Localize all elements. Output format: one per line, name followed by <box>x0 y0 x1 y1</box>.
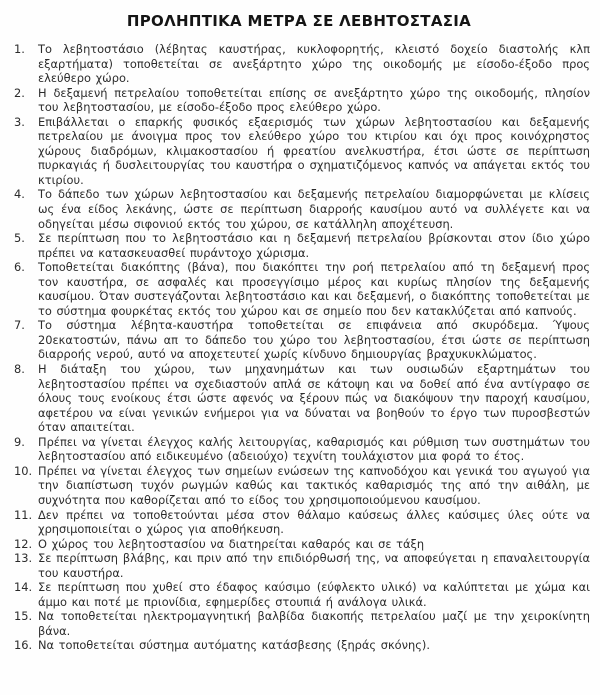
item-text: Το δάπεδο των χώρων λεβητοστασίου και δε… <box>38 187 590 231</box>
list-item: 14.Σε περίπτωση που χυθεί στο έδαφος καύ… <box>8 580 590 609</box>
list-item: 3.Επιβάλλεται ο επαρκής φυσικός εξαερισμ… <box>8 115 590 188</box>
item-number: 8. <box>8 362 38 377</box>
list-item: 8.Η διάταξη του χώρου, των μηχανημάτων κ… <box>8 362 590 435</box>
item-number: 13. <box>8 551 38 566</box>
list-item: 5.Σε περίπτωση που το λεβητοστάσιο και η… <box>8 231 590 260</box>
item-text: Το λεβητοστάσιο (λέβητας καυστήρας, κυκλ… <box>38 42 590 86</box>
item-number: 10. <box>8 464 38 479</box>
item-text: Το σύστημα λέβητα-καυστήρα τοποθετείται … <box>38 318 590 362</box>
item-number: 6. <box>8 260 38 275</box>
list-item: 1.Το λεβητοστάσιο (λέβητας καυστήρας, κυ… <box>8 42 590 86</box>
list-item: 6.Τοποθετείται διακόπτης (βάνα), που δια… <box>8 260 590 318</box>
list-item: 15.Να τοποθετείται ηλεκτρομαγνητική βαλβ… <box>8 609 590 638</box>
item-text: Δεν πρέπει να τοποθετούνται μέσα στον θά… <box>38 508 590 537</box>
item-number: 12. <box>8 537 38 552</box>
item-number: 4. <box>8 187 38 202</box>
item-text: Να τοποθετείται ηλεκτρομαγνητική βαλβίδα… <box>38 609 590 638</box>
document-page: ΠΡΟΛΗΠΤΙΚΑ ΜΕΤΡΑ ΣΕ ΛΕΒΗΤΟΣΤΑΣΙΑ 1.Το λε… <box>0 0 600 695</box>
item-text: Ο χώρος του λεβητοστασίου να διατηρείται… <box>38 537 590 552</box>
list-item: 4.Το δάπεδο των χώρων λεβητοστασίου και … <box>8 187 590 231</box>
list-item: 12.Ο χώρος του λεβητοστασίου να διατηρεί… <box>8 537 590 552</box>
item-text: Σε περίπτωση που χυθεί στο έδαφος καύσιμ… <box>38 580 590 609</box>
list-item: 7.Το σύστημα λέβητα-καυστήρα τοποθετείτα… <box>8 318 590 362</box>
item-text: Σε περίπτωση βλάβης, και πριν από την επ… <box>38 551 590 580</box>
item-number: 7. <box>8 318 38 333</box>
item-number: 2. <box>8 86 38 101</box>
item-text: Τοποθετείται διακόπτης (βάνα), που διακό… <box>38 260 590 318</box>
item-text: Η διάταξη του χώρου, των μηχανημάτων και… <box>38 362 590 435</box>
list-item: 10.Πρέπει να γίνεται έλεγχος των σημείων… <box>8 464 590 508</box>
item-number: 14. <box>8 580 38 595</box>
item-text: Η δεξαμενή πετρελαίου τοποθετείται επίση… <box>38 86 590 115</box>
measures-list: 1.Το λεβητοστάσιο (λέβητας καυστήρας, κυ… <box>8 42 590 653</box>
item-number: 15. <box>8 609 38 624</box>
list-item: 16.Να τοποθετείται σύστημα αυτόματης κατ… <box>8 638 590 653</box>
item-number: 9. <box>8 435 38 450</box>
item-text: Να τοποθετείται σύστημα αυτόματης κατάσβ… <box>38 638 590 653</box>
list-item: 13.Σε περίπτωση βλάβης, και πριν από την… <box>8 551 590 580</box>
list-item: 11.Δεν πρέπει να τοποθετούνται μέσα στον… <box>8 508 590 537</box>
page-title: ΠΡΟΛΗΠΤΙΚΑ ΜΕΤΡΑ ΣΕ ΛΕΒΗΤΟΣΤΑΣΙΑ <box>8 12 590 30</box>
item-number: 11. <box>8 508 38 523</box>
item-text: Επιβάλλεται ο επαρκής φυσικός εξαερισμός… <box>38 115 590 188</box>
item-text: Σε περίπτωση που το λεβητοστάσιο και η δ… <box>38 231 590 260</box>
item-number: 16. <box>8 638 38 653</box>
item-number: 5. <box>8 231 38 246</box>
list-item: 9.Πρέπει να γίνεται έλεγχος καλής λειτου… <box>8 435 590 464</box>
item-number: 3. <box>8 115 38 130</box>
item-text: Πρέπει να γίνεται έλεγχος καλής λειτουργ… <box>38 435 590 464</box>
item-text: Πρέπει να γίνεται έλεγχος των σημείων εν… <box>38 464 590 508</box>
item-number: 1. <box>8 42 38 57</box>
list-item: 2.Η δεξαμενή πετρελαίου τοποθετείται επί… <box>8 86 590 115</box>
